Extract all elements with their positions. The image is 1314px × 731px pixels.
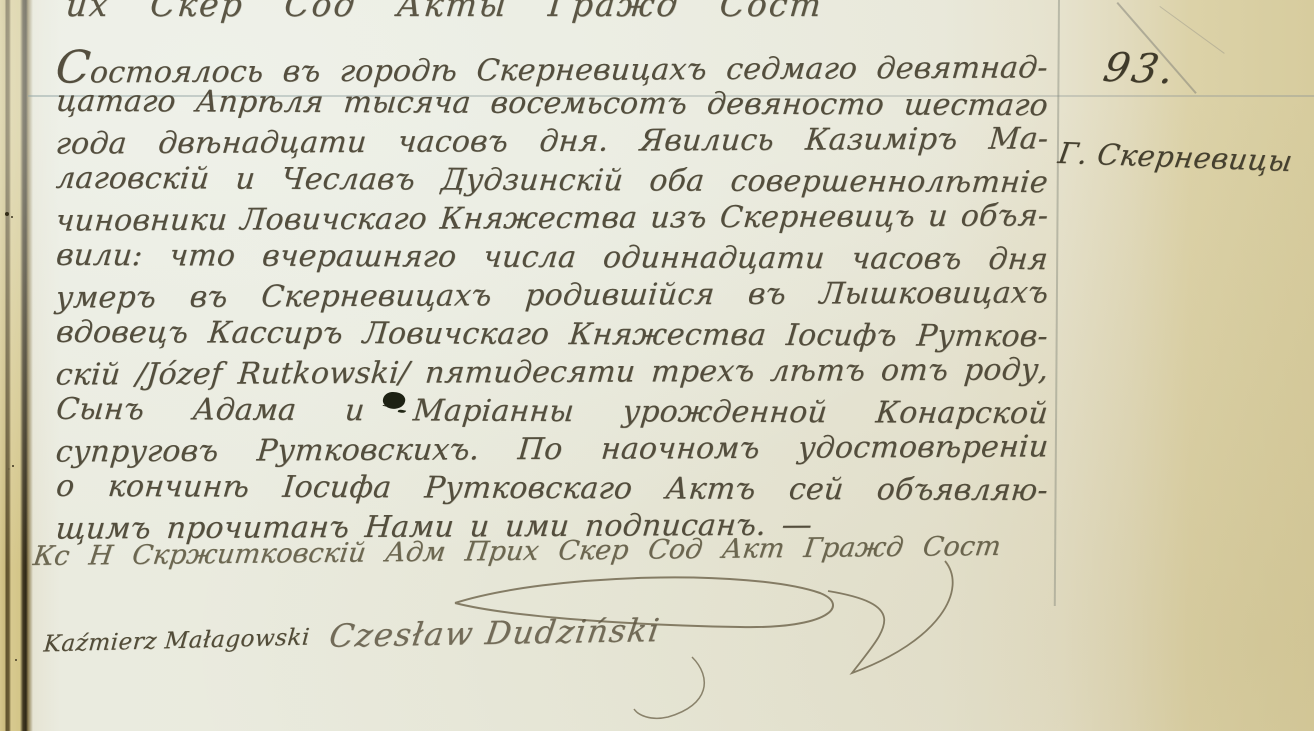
previous-record-fragment: их Скер Сод Акты Гражд Сост: [64, 0, 824, 24]
act-line: года двѣнадцати часовъ дня. Явились Кази…: [54, 120, 1050, 164]
act-line: вили: что вчерашняго числа одиннадцати ч…: [54, 236, 1049, 279]
witness-signature-dudzinski: Czesław Dudziński: [327, 611, 663, 655]
act-line: умеръ въ Скерневицахъ родившійся въ Лышк…: [54, 274, 1050, 318]
act-line: лаговскій и Чеславъ Дудзинскій оба совер…: [54, 159, 1049, 202]
act-line: скій /Józef Rutkowski/ пятидесяти трехъ …: [54, 351, 1050, 395]
record-number: 93.: [1099, 45, 1181, 94]
dudzinski-signature-tail: [634, 657, 704, 718]
act-line: вдовецъ Кассиръ Ловичскаго Княжества Іос…: [54, 313, 1049, 356]
act-line: о кончинѣ Іосифа Рутковскаго Актъ сей об…: [54, 467, 1049, 510]
ink-specks: [5, 212, 9, 216]
scanned-death-record-page: их Скер Сод Акты Гражд Сост 93. Г. Скерн…: [0, 0, 1314, 731]
act-line: цатаго Апрѣля тысяча восемьсотъ девяност…: [54, 82, 1049, 125]
registrar-paraph-tail: [828, 561, 953, 673]
act-line: чиновники Ловичскаго Княжества изъ Скерн…: [54, 197, 1050, 241]
act-text-block: Состоялось въ городѣ Скерневицахъ седмаг…: [56, 46, 1048, 547]
margin-place-note: Г. Скерневицы: [1056, 136, 1295, 178]
act-line: Сынъ Адама и Маріанны урожденной Конарск…: [54, 390, 1049, 433]
witness-signature-malagowski: Kaźmierz Małagowski: [43, 625, 311, 658]
vertical-margin-rule: [1054, 0, 1060, 606]
act-line: Состоялось въ городѣ Скерневицахъ седмаг…: [54, 43, 1050, 87]
act-line: супруговъ Рутковскихъ. По наочномъ удост…: [54, 428, 1050, 472]
